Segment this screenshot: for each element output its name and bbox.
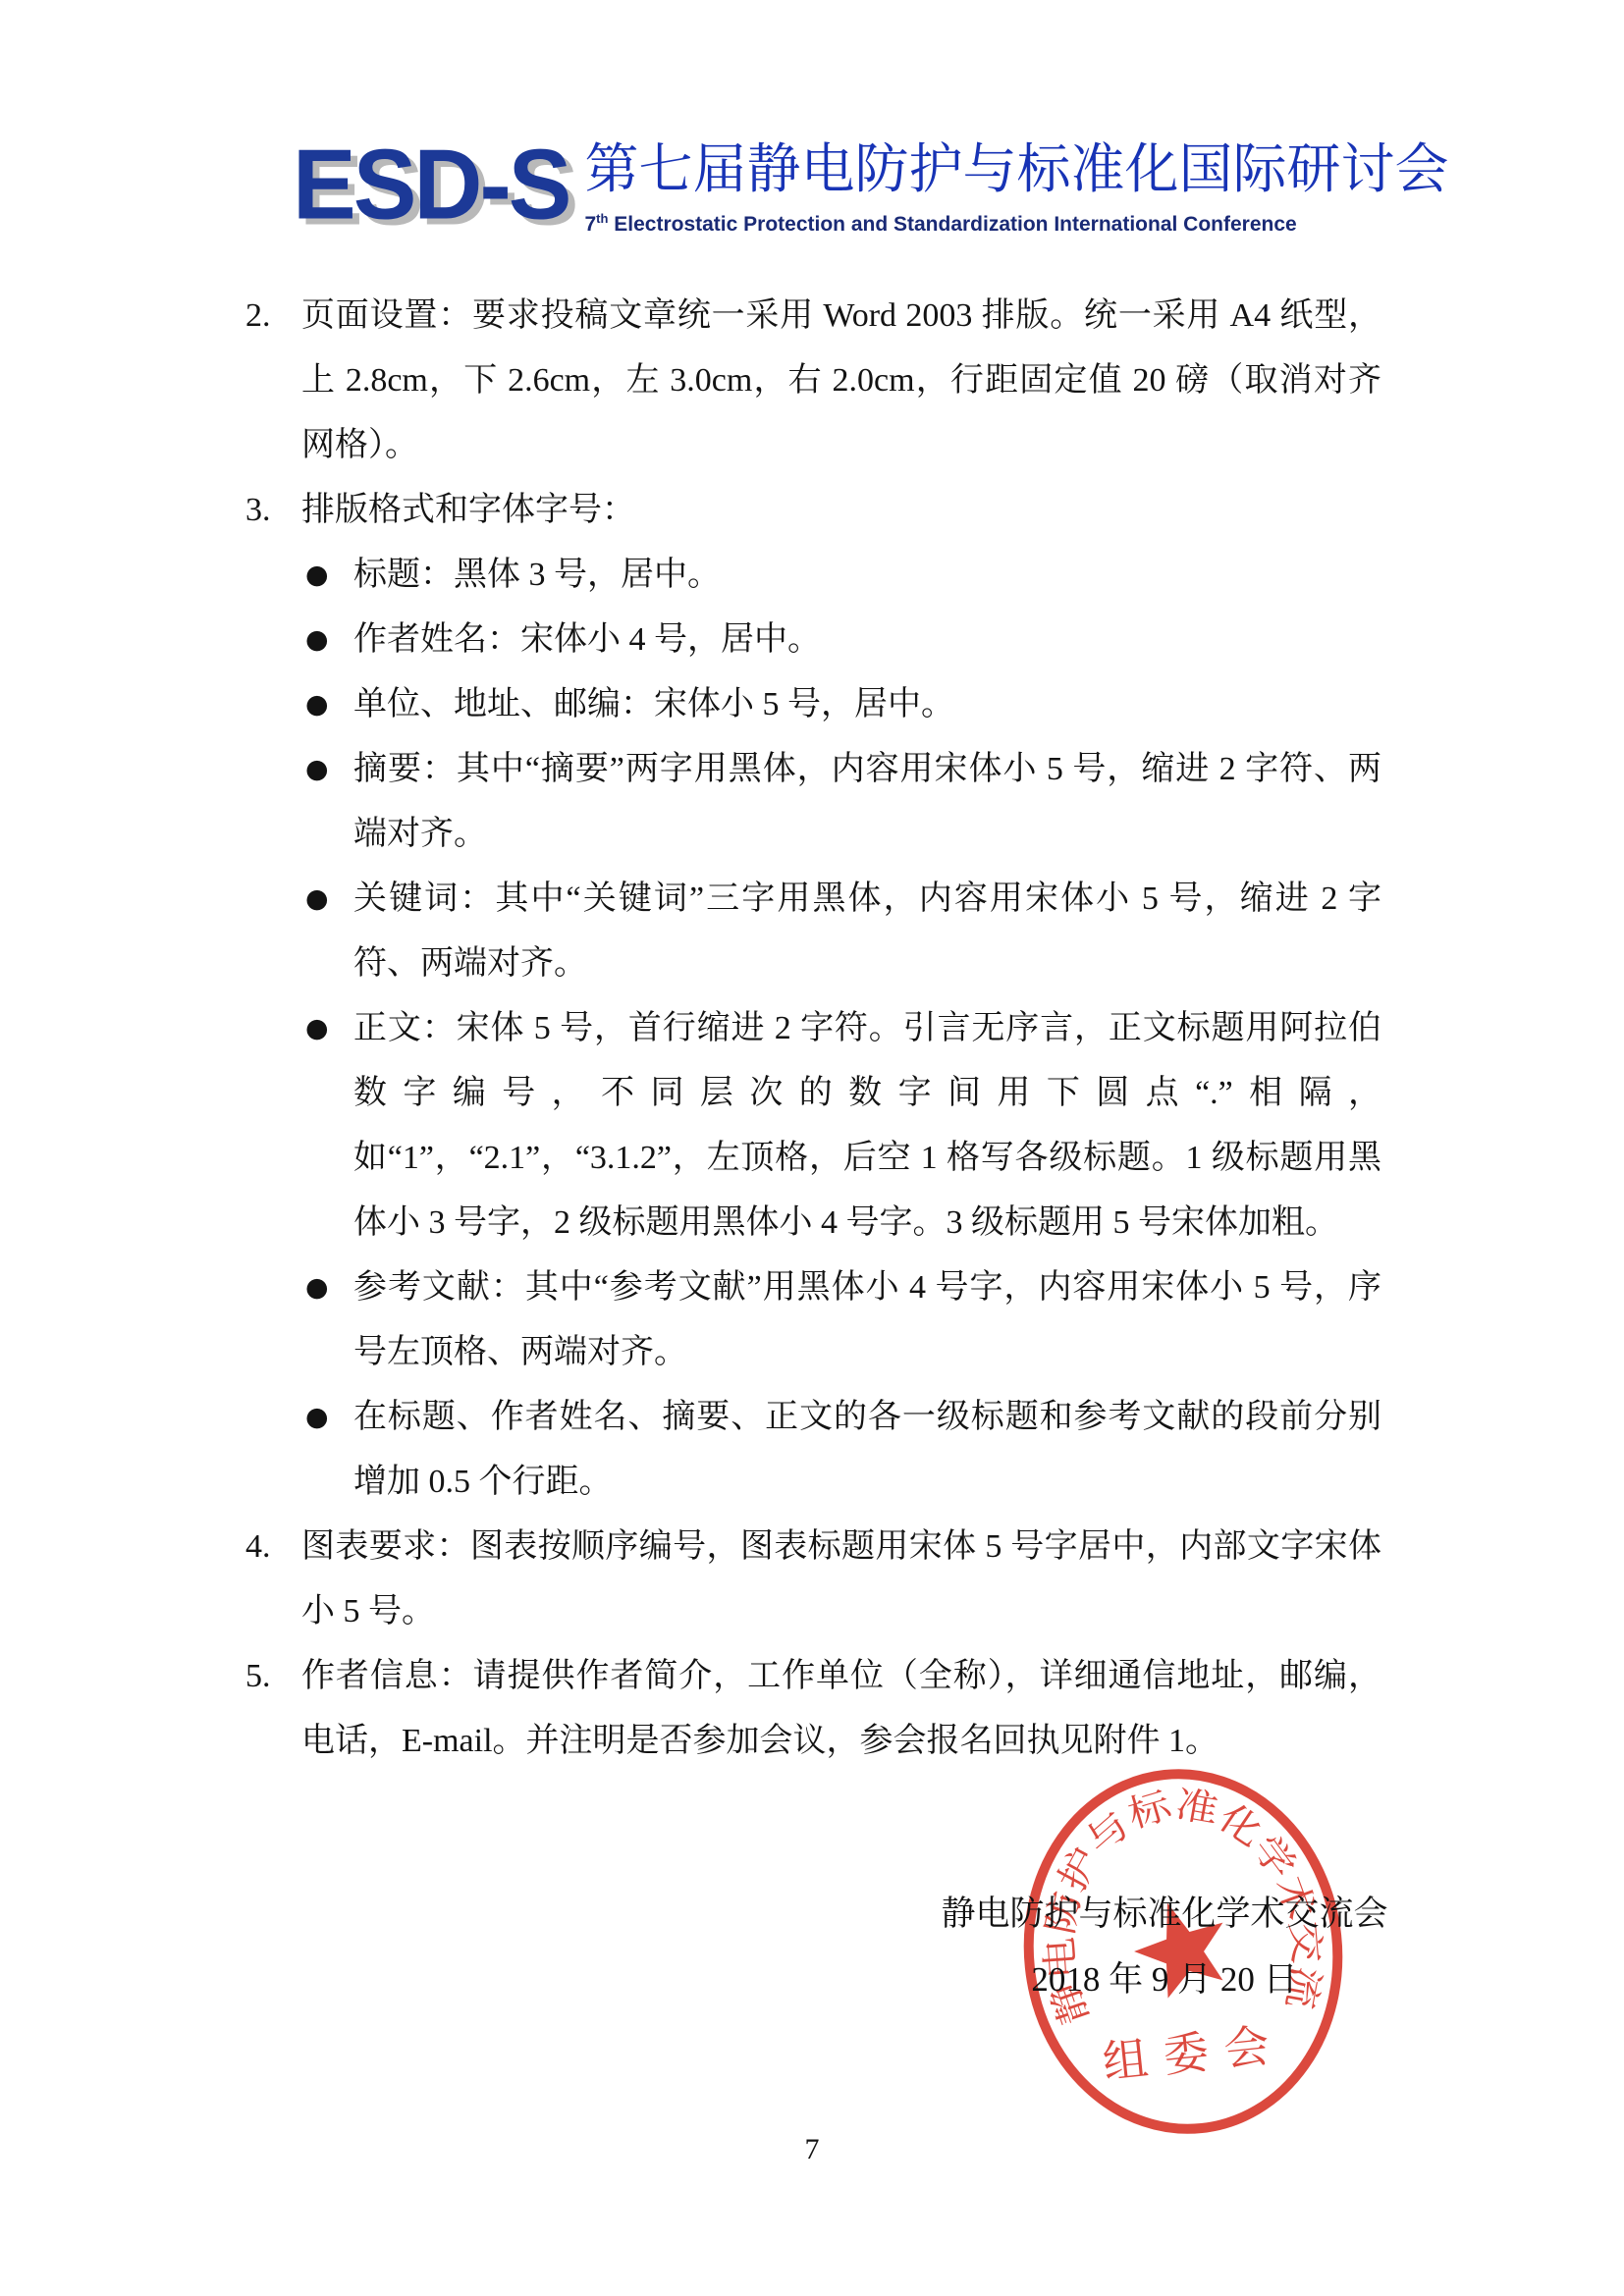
signature-block: 静电防护与标准化学术交流会 2018 年 9 月 20 日 [941,1881,1388,2012]
page-number: 7 [805,2133,820,2165]
bullet-item-abstract: ● 摘要：其中“摘要”两字用黑体，内容用宋体小 5 号，缩进 2 字符、两端对齐… [241,737,1381,867]
conference-subtitle-en: 7th Electrostatic Protection and Standar… [584,206,1448,238]
bullet-text: 关键词：其中“关键词”三字用黑体，内容用宋体小 5 号，缩进 2 字符、两端对齐… [353,867,1381,996]
guideline-list: 2. 页面设置：要求投稿文章统一采用 Word 2003 排版。统一采用 A4 … [241,284,1381,1774]
bullet-icon: ● [305,543,353,608]
bullet-text: 标题：黑体 3 号，居中。 [353,543,1381,608]
bullet-item-keywords: ● 关键词：其中“关键词”三字用黑体，内容用宋体小 5 号，缩进 2 字符、两端… [241,867,1381,996]
conference-header: ESD-S 第七届静电防护与标准化国际研讨会 7th Electrostatic… [293,133,1448,238]
bullet-text: 参考文献：其中“参考文献”用黑体小 4 号字，内容用宋体小 5 号，序号左顶格、… [353,1255,1381,1385]
bullet-text: 在标题、作者姓名、摘要、正文的各一级标题和参考文献的段前分别增加 0.5 个行距… [353,1385,1381,1515]
esd-s-logo: ESD-S [293,132,568,240]
bullet-icon: ● [305,867,353,996]
bullet-item-author: ● 作者姓名：宋体小 4 号，居中。 [241,608,1381,672]
bullet-text: 作者姓名：宋体小 4 号，居中。 [353,608,1381,672]
header-titles: 第七届静电防护与标准化国际研讨会 7th Electrostatic Prote… [584,133,1448,238]
list-item-text: 图表要求：图表按顺序编号，图表标题用宋体 5 号字居中，内部文字宋体小 5 号。 [301,1515,1381,1644]
bullet-text: 摘要：其中“摘要”两字用黑体，内容用宋体小 5 号，缩进 2 字符、两端对齐。 [353,737,1381,867]
subtitle-ordinal: th [596,211,608,226]
subtitle-rest: Electrostatic Protection and Standardiza… [608,213,1296,236]
stamp-bottom-text: 组委会 [1101,2019,1287,2088]
list-item-2: 2. 页面设置：要求投稿文章统一采用 Word 2003 排版。统一采用 A4 … [241,284,1381,478]
document-page: ESD-S 第七届静电防护与标准化国际研讨会 7th Electrostatic… [0,0,1624,2296]
bullet-icon: ● [305,996,353,1255]
signature-date: 2018 年 9 月 20 日 [941,1947,1388,2012]
bullet-icon: ● [305,608,353,672]
list-item-number: 2. [241,284,301,478]
bullet-icon: ● [305,737,353,867]
bullet-item-title: ● 标题：黑体 3 号，居中。 [241,543,1381,608]
bullet-item-affiliation: ● 单位、地址、邮编：宋体小 5 号，居中。 [241,672,1381,737]
bullet-item-references: ● 参考文献：其中“参考文献”用黑体小 4 号字，内容用宋体小 5 号，序号左顶… [241,1255,1381,1385]
list-item-text: 作者信息：请提供作者简介，工作单位（全称），详细通信地址，邮编，电话，E-mai… [301,1644,1381,1774]
bullet-text: 正文：宋体 5 号，首行缩进 2 字符。引言无序言，正文标题用阿拉伯数字编号，不… [353,996,1381,1255]
list-item-4: 4. 图表要求：图表按顺序编号，图表标题用宋体 5 号字居中，内部文字宋体小 5… [241,1515,1381,1644]
page-footer: 7 [0,2133,1624,2166]
list-item-5: 5. 作者信息：请提供作者简介，工作单位（全称），详细通信地址，邮编，电话，E-… [241,1644,1381,1774]
signature-org: 静电防护与标准化学术交流会 [941,1881,1388,1947]
bullet-icon: ● [305,672,353,737]
list-item-number: 3. [241,478,301,543]
bullet-text: 单位、地址、邮编：宋体小 5 号，居中。 [353,672,1381,737]
conference-title-cn: 第七届静电防护与标准化国际研讨会 [584,138,1448,199]
list-item-3: 3. 排版格式和字体字号： [241,478,1381,543]
bullet-icon: ● [305,1385,353,1515]
list-item-number: 5. [241,1644,301,1774]
list-item-text: 排版格式和字体字号： [301,478,1381,543]
bullet-icon: ● [305,1255,353,1385]
bullet-item-body-text: ● 正文：宋体 5 号，首行缩进 2 字符。引言无序言，正文标题用阿拉伯数字编号… [241,996,1381,1255]
subtitle-prefix: 7 [584,213,596,236]
list-item-number: 4. [241,1515,301,1644]
bullet-item-spacing: ● 在标题、作者姓名、摘要、正文的各一级标题和参考文献的段前分别增加 0.5 个… [241,1385,1381,1515]
list-item-text: 页面设置：要求投稿文章统一采用 Word 2003 排版。统一采用 A4 纸型，… [301,284,1381,478]
